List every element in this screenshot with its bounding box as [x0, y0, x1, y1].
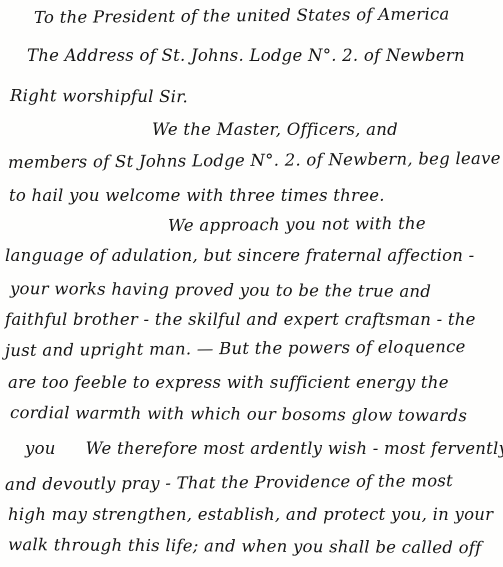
handwriting-line: faithful brother - the skilful and exper… [5, 308, 476, 332]
handwriting-line-segment: We therefore most ardently wish - most f… [86, 439, 503, 458]
handwriting-line: your works having proved you to be the t… [10, 277, 431, 304]
handwriting-word-you: you [25, 439, 56, 458]
handwriting-line: We the Master, Officers, and [152, 118, 398, 142]
handwriting-line: The Address of St. Johns. Lodge N°. 2. o… [27, 44, 465, 68]
handwriting-line: are too feeble to express with sufficien… [8, 371, 449, 395]
handwriting-line: To the President of the united States of… [34, 2, 450, 30]
handwriting-line: high may strengthen, establish, and prot… [8, 503, 493, 527]
handwriting-line: walk through this life; and when you sha… [8, 533, 482, 560]
handwriting-line: Right worshipful Sir. [10, 84, 188, 109]
handwriting-line: youWe therefore most ardently wish - mos… [25, 437, 503, 461]
handwriting-line: members of St Johns Lodge N°. 2. of Newb… [8, 147, 501, 175]
handwriting-line: just and upright man. — But the powers o… [5, 335, 466, 363]
handwriting-line: to hail you welcome with three times thr… [9, 184, 385, 208]
handwriting-line: We approach you not with the [168, 212, 426, 238]
handwriting-line: and devoutly pray - That the Providence … [5, 469, 453, 497]
handwriting-line: cordial warmth with which our bosoms glo… [10, 401, 467, 428]
handwriting-line: language of adulation, but sincere frate… [5, 244, 475, 268]
manuscript-page: To the President of the united States of… [0, 0, 503, 567]
